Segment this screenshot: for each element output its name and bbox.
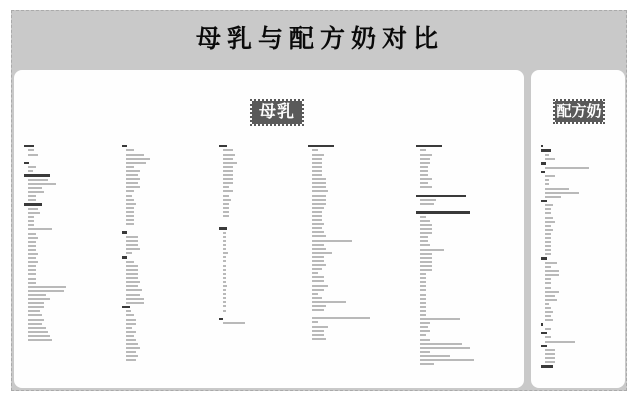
text-line (122, 231, 127, 233)
text-line (126, 240, 138, 242)
text-line (223, 158, 233, 160)
text-line (28, 261, 38, 263)
text-line (223, 195, 229, 197)
text-line (223, 305, 226, 307)
text-line (420, 294, 426, 296)
text-line (28, 306, 44, 308)
text-line (420, 269, 432, 271)
text-line (545, 154, 549, 156)
text-line (420, 257, 432, 259)
text-line (312, 235, 326, 237)
text-line (223, 281, 226, 283)
text-line (28, 314, 42, 316)
text-line (420, 174, 428, 176)
text-line (223, 154, 235, 156)
text-line (126, 261, 134, 263)
text-line (126, 347, 140, 349)
text-line (545, 303, 549, 305)
text-line (545, 349, 555, 351)
text-line (545, 274, 559, 276)
text-line (223, 215, 229, 217)
text-line (420, 339, 430, 341)
text-line (420, 322, 430, 324)
text-line (28, 257, 36, 259)
text-line (223, 190, 233, 192)
text-line (312, 158, 322, 160)
text-line (126, 351, 136, 353)
text-line (28, 187, 42, 189)
text-line (420, 289, 426, 291)
text-line (126, 178, 140, 180)
text-line (126, 314, 134, 316)
breast-milk-column-3 (219, 145, 299, 326)
text-line (312, 280, 324, 282)
text-line (28, 294, 46, 296)
text-line (223, 236, 226, 238)
text-line (223, 277, 226, 279)
text-line (545, 158, 555, 160)
formula-panel: 配方奶 (531, 70, 625, 388)
text-line (420, 261, 432, 263)
text-line (420, 359, 474, 361)
text-line (312, 149, 318, 151)
text-line (223, 166, 233, 168)
text-line (28, 212, 40, 214)
text-line (28, 331, 48, 333)
text-line (126, 359, 136, 361)
text-line (545, 287, 551, 289)
text-line (545, 188, 569, 190)
text-line (420, 224, 432, 226)
text-line (541, 257, 547, 259)
text-line (126, 339, 136, 341)
breast-milk-column-4 (308, 145, 408, 342)
text-line (312, 166, 322, 168)
text-line (126, 343, 138, 345)
breast-milk-column-1 (24, 145, 114, 343)
text-line (545, 282, 551, 284)
text-line (420, 240, 428, 242)
text-line (545, 336, 551, 338)
text-line (126, 302, 144, 304)
text-line (28, 282, 36, 284)
text-line (28, 233, 36, 235)
text-line (545, 192, 579, 194)
text-line (545, 291, 559, 293)
text-line (420, 351, 430, 353)
text-line (28, 216, 34, 218)
text-line (420, 330, 430, 332)
text-line (545, 278, 551, 280)
text-line (420, 306, 426, 308)
text-line (420, 170, 428, 172)
text-line (24, 162, 29, 164)
text-line (126, 298, 144, 300)
text-line (420, 186, 432, 188)
text-line (223, 199, 231, 201)
text-line (28, 149, 34, 151)
text-line (312, 211, 322, 213)
text-line (28, 290, 64, 292)
text-line (545, 341, 575, 343)
text-line (312, 240, 352, 242)
text-line (28, 339, 52, 341)
text-line (420, 162, 430, 164)
text-line (541, 365, 553, 367)
text-line (545, 237, 551, 239)
text-line (420, 220, 430, 222)
text-line (545, 167, 589, 169)
text-line (28, 199, 36, 201)
text-line (545, 266, 551, 268)
text-line (126, 211, 134, 213)
text-line (545, 299, 557, 301)
text-line (28, 224, 34, 226)
text-line (420, 182, 428, 184)
text-line (28, 269, 36, 271)
text-line (420, 281, 426, 283)
text-line (312, 170, 322, 172)
text-line (126, 319, 136, 321)
text-line (24, 145, 34, 147)
text-line (420, 166, 428, 168)
text-line (223, 301, 226, 303)
text-line (223, 170, 233, 172)
text-line (126, 265, 138, 267)
formula-column-1 (541, 145, 621, 370)
text-line (312, 305, 326, 307)
text-line (126, 158, 150, 160)
text-line (126, 223, 134, 225)
text-line (122, 256, 127, 258)
text-line (541, 162, 546, 164)
text-line (541, 323, 543, 325)
text-line (312, 215, 322, 217)
text-line (223, 174, 233, 176)
text-line (308, 313, 408, 315)
text-line (545, 315, 551, 317)
text-line (126, 186, 140, 188)
text-line (416, 190, 522, 192)
text-line (541, 345, 547, 347)
text-line (28, 195, 36, 197)
text-line (416, 211, 470, 213)
text-line (126, 269, 138, 271)
text-line (545, 311, 553, 313)
text-line (545, 357, 555, 359)
text-line (420, 236, 428, 238)
text-line (420, 232, 432, 234)
text-line (545, 225, 551, 227)
text-line (545, 270, 559, 272)
text-line (28, 273, 36, 275)
text-line (541, 332, 547, 334)
text-line (126, 277, 138, 279)
text-line (312, 272, 318, 274)
text-line (126, 244, 138, 246)
text-line (312, 223, 324, 225)
breast-milk-column-5 (416, 145, 522, 367)
text-line (28, 310, 40, 312)
text-line (541, 149, 551, 151)
text-line (416, 207, 522, 209)
text-line (541, 145, 543, 147)
breast-milk-panel: 母乳 (14, 70, 524, 388)
text-line (219, 219, 299, 221)
text-line (312, 174, 322, 176)
text-line (223, 265, 226, 267)
text-line (420, 326, 428, 328)
breast-milk-badge: 母乳 (252, 101, 302, 124)
text-line (420, 314, 426, 316)
text-line (24, 158, 114, 160)
text-line (416, 145, 442, 147)
text-line (28, 253, 38, 255)
text-line (223, 269, 226, 271)
text-line (420, 334, 426, 336)
text-line (312, 289, 324, 291)
text-line (28, 286, 66, 288)
text-line (223, 293, 226, 295)
text-line (545, 245, 551, 247)
text-line (28, 323, 42, 325)
text-line (420, 355, 450, 357)
text-line (223, 244, 226, 246)
text-line (223, 297, 226, 299)
text-line (420, 265, 432, 267)
text-line (312, 195, 326, 197)
text-line (223, 240, 226, 242)
text-line (312, 321, 318, 323)
text-line (312, 309, 324, 311)
page-title: 母乳与配方奶对比 (0, 22, 640, 56)
text-line (312, 334, 324, 336)
text-line (312, 293, 318, 295)
text-line (420, 285, 426, 287)
text-line (126, 355, 138, 357)
text-line (312, 276, 324, 278)
text-line (223, 260, 226, 262)
text-line (312, 264, 326, 266)
text-line (420, 347, 470, 349)
text-line (545, 361, 555, 363)
text-line (420, 277, 426, 279)
text-line (126, 236, 138, 238)
text-line (545, 221, 555, 223)
text-line (28, 265, 36, 267)
text-line (312, 199, 326, 201)
text-line (28, 278, 36, 280)
text-line (312, 338, 326, 340)
text-line (312, 256, 324, 258)
text-line (420, 298, 426, 300)
text-line (223, 162, 237, 164)
text-line (126, 294, 140, 296)
text-line (312, 190, 328, 192)
text-line (545, 175, 555, 177)
text-line (223, 252, 228, 254)
text-line (312, 317, 370, 319)
text-line (545, 212, 551, 214)
text-line (28, 237, 38, 239)
text-line (126, 252, 132, 254)
text-line (420, 149, 426, 151)
text-line (28, 166, 36, 168)
text-line (312, 186, 326, 188)
text-line (420, 203, 434, 205)
text-line (223, 248, 226, 250)
text-line (223, 149, 233, 151)
text-line (312, 178, 326, 180)
text-line (545, 183, 549, 185)
text-line (126, 310, 131, 312)
text-line (416, 195, 466, 197)
text-line (126, 285, 138, 287)
text-line (545, 204, 553, 206)
text-line (126, 149, 134, 151)
text-line (126, 281, 140, 283)
text-line (223, 289, 226, 291)
text-line (545, 229, 553, 231)
text-line (126, 199, 134, 201)
text-line (126, 331, 136, 333)
text-line (312, 207, 324, 209)
text-line (223, 285, 227, 287)
text-line (223, 211, 229, 213)
text-line (420, 199, 436, 201)
text-line (420, 343, 462, 345)
text-line (219, 223, 299, 225)
text-line (545, 249, 551, 251)
text-line (545, 319, 553, 321)
text-line (28, 298, 50, 300)
text-line (126, 215, 134, 217)
text-line (219, 314, 299, 316)
text-line (28, 319, 44, 321)
text-line (223, 232, 226, 234)
text-line (28, 249, 36, 251)
text-line (122, 227, 212, 229)
text-line (312, 252, 332, 254)
text-line (545, 179, 549, 181)
text-line (545, 295, 555, 297)
text-line (28, 241, 36, 243)
text-line (545, 262, 557, 264)
text-line (126, 327, 132, 329)
text-line (122, 145, 127, 147)
text-line (24, 203, 42, 205)
text-line (126, 289, 142, 291)
text-line (420, 273, 426, 275)
text-line (126, 154, 144, 156)
text-line (312, 203, 326, 205)
text-line (28, 191, 44, 193)
text-line (122, 306, 130, 308)
text-line (420, 216, 426, 218)
text-line (312, 285, 328, 287)
text-line (126, 323, 136, 325)
text-line (223, 256, 226, 258)
text-line (223, 178, 233, 180)
text-line (126, 166, 134, 168)
text-line (312, 227, 322, 229)
text-line (312, 260, 324, 262)
text-line (545, 328, 551, 330)
breast-milk-column-2 (122, 145, 212, 364)
text-line (545, 208, 551, 210)
text-line (312, 162, 322, 164)
text-line (545, 353, 555, 355)
text-line (545, 307, 551, 309)
text-line (312, 326, 328, 328)
text-line (28, 154, 38, 156)
text-line (420, 253, 432, 255)
text-line (28, 245, 36, 247)
text-line (420, 228, 432, 230)
text-line (308, 145, 334, 147)
text-line (126, 174, 138, 176)
text-line (126, 195, 132, 197)
text-line (28, 335, 50, 337)
text-line (420, 158, 430, 160)
text-line (545, 196, 561, 198)
text-line (545, 217, 553, 219)
text-line (420, 249, 444, 251)
text-line (420, 310, 426, 312)
text-line (223, 273, 226, 275)
text-line (420, 318, 460, 320)
text-line (312, 297, 322, 299)
text-line (223, 322, 245, 324)
formula-badge: 配方奶 (555, 101, 603, 122)
text-line (312, 268, 322, 270)
text-line (219, 318, 223, 320)
text-line (312, 301, 346, 303)
text-line (223, 203, 229, 205)
text-line (223, 310, 226, 312)
text-line (541, 200, 547, 202)
text-line (28, 208, 38, 210)
text-line (312, 231, 324, 233)
text-line (223, 182, 233, 184)
text-line (312, 248, 326, 250)
text-line (223, 207, 229, 209)
text-line (28, 302, 44, 304)
text-line (126, 190, 134, 192)
text-line (420, 178, 432, 180)
text-line (312, 182, 326, 184)
text-line (28, 327, 46, 329)
text-line (219, 227, 227, 229)
text-line (223, 186, 229, 188)
text-line (420, 154, 432, 156)
text-line (28, 228, 52, 230)
text-line (126, 248, 140, 250)
text-line (545, 253, 551, 255)
text-line (28, 183, 56, 185)
text-line (24, 174, 50, 176)
text-line (420, 302, 426, 304)
text-line (312, 244, 324, 246)
text-line (545, 233, 551, 235)
text-line (312, 219, 322, 221)
text-line (541, 171, 545, 173)
text-line (126, 207, 134, 209)
text-line (126, 219, 134, 221)
text-line (28, 179, 48, 181)
text-line (126, 182, 138, 184)
text-line (420, 363, 434, 365)
